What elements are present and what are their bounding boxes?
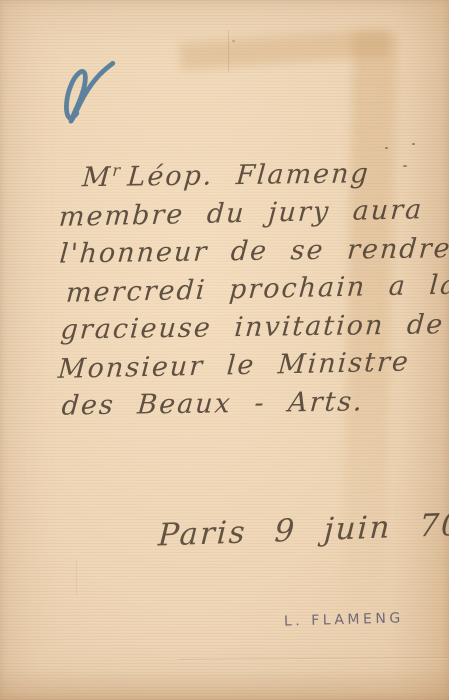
paper-chain-line [76, 560, 77, 596]
salutation-name: Léop. Flameng [126, 158, 371, 192]
letter-line-5: gracieuse invitation de [59, 306, 432, 349]
letter-line-2: membre du jury aura [58, 191, 431, 237]
salutation-initial: M [81, 162, 113, 193]
ink-speck [232, 40, 235, 42]
letter-line-3: l'honneur de se rendre [58, 230, 431, 273]
bottom-edge-shade [0, 668, 449, 700]
letter-line-6: Monsieur le Ministre [57, 343, 433, 389]
pencil-annotation: L. FLAMENG [284, 610, 404, 629]
ink-speck [412, 143, 415, 145]
salutation-superscript: r [112, 161, 121, 180]
letter-line-7: des Beaux - Arts. [60, 382, 433, 425]
letter-line-4: mercredi prochain a la [65, 267, 432, 313]
letter-line-1: MrLéop. Flameng [81, 147, 430, 197]
paper-chain-line [228, 30, 229, 72]
letter-body: MrLéop. Flameng membre du jury aura l'ho… [58, 147, 432, 425]
blue-crayon-squiggle-icon [62, 58, 134, 130]
letter-page: MrLéop. Flameng membre du jury aura l'ho… [0, 0, 449, 700]
